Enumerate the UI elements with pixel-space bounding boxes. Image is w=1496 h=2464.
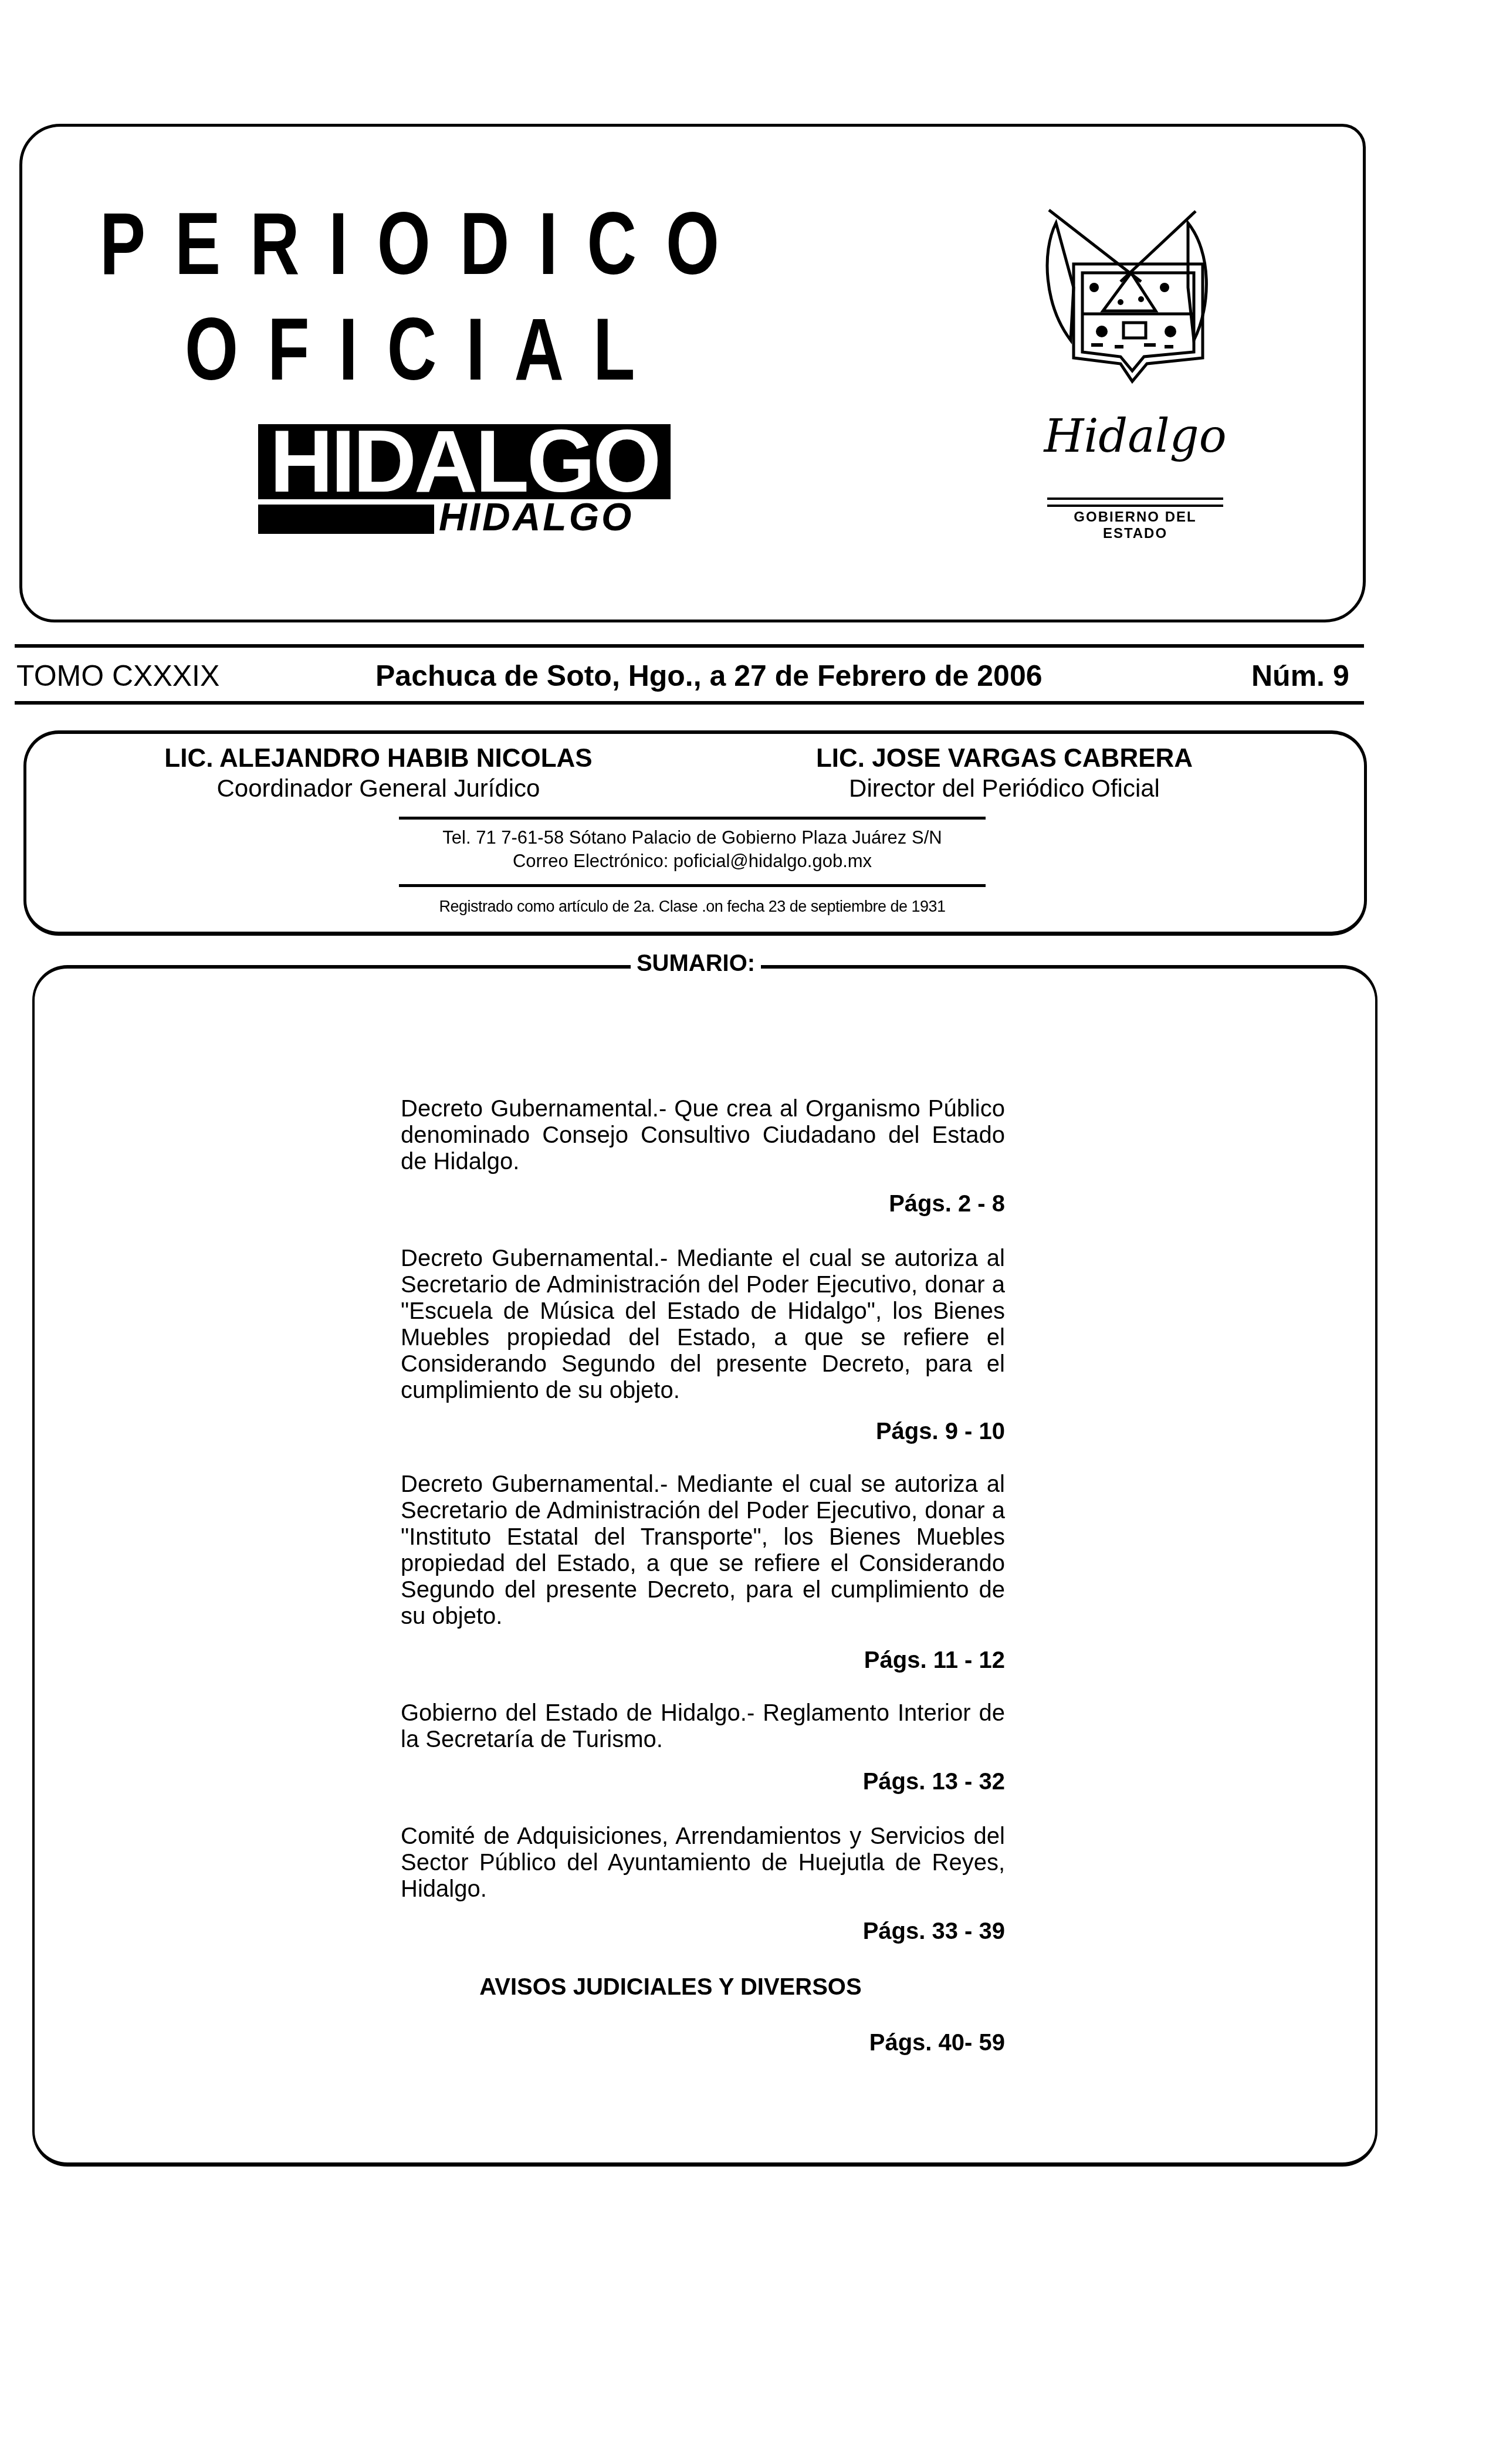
sumario-entry-pages: Págs. 13 - 32 bbox=[401, 1769, 1005, 1795]
sumario-heading: SUMARIO: bbox=[631, 950, 761, 977]
dateline-rule-top bbox=[15, 644, 1364, 648]
avisos-heading: AVISOS JUDICIALES Y DIVERSOS bbox=[401, 1974, 1005, 2001]
sumario-entry-text: Comité de Adquisiciones, Arrendamientos … bbox=[401, 1823, 1005, 1903]
divider bbox=[399, 884, 986, 887]
sumario-entry-text: Decreto Gubernamental.- Que crea al Orga… bbox=[401, 1096, 1005, 1175]
place-date: Pachuca de Soto, Hgo., a 27 de Febrero d… bbox=[375, 659, 1043, 693]
hidalgo-wordmark-sub: HIDALGO bbox=[439, 497, 634, 536]
masthead-title-oficial: OFICIAL bbox=[185, 305, 664, 393]
director-name: LIC. ALEJANDRO HABIB NICOLAS bbox=[114, 744, 642, 773]
contact-phone-address: Tel. 71 7-61-58 Sótano Palacio de Gobier… bbox=[399, 827, 986, 848]
coat-of-arms-icon bbox=[1038, 205, 1232, 417]
tomo-number: TOMO CXXXIX bbox=[16, 659, 219, 693]
hidalgo-script-logo: Hidalgo bbox=[1038, 414, 1232, 459]
hidalgo-wordmark: HIDALGO bbox=[258, 422, 671, 500]
director-role: Coordinador General Jurídico bbox=[114, 774, 642, 803]
government-label: GOBIERNO DEL ESTADO bbox=[1047, 509, 1223, 542]
divider bbox=[1047, 505, 1223, 507]
sumario-entry-pages: Págs. 11 - 12 bbox=[401, 1647, 1005, 1674]
sumario-entry-text: Decreto Gubernamental.- Mediante el cual… bbox=[401, 1471, 1005, 1630]
director-name: LIC. JOSE VARGAS CABRERA bbox=[740, 744, 1268, 773]
dateline-rule-bottom bbox=[15, 701, 1364, 705]
sumario-entry-pages: Págs. 9 - 10 bbox=[401, 1419, 1005, 1445]
sumario-entry-pages: Págs. 33 - 39 bbox=[401, 1918, 1005, 1945]
sumario-entry-pages: Págs. 2 - 8 bbox=[401, 1191, 1005, 1217]
director-role: Director del Periódico Oficial bbox=[740, 774, 1268, 803]
contact-email: Correo Electrónico: poficial@hidalgo.gob… bbox=[399, 851, 986, 872]
masthead-title-periodico: PERIODICO bbox=[100, 199, 749, 287]
sumario-entry-text: Gobierno del Estado de Hidalgo.- Reglame… bbox=[401, 1700, 1005, 1753]
wordmark-bar bbox=[258, 505, 434, 534]
avisos-pages: Págs. 40- 59 bbox=[401, 2030, 1005, 2056]
issue-number: Núm. 9 bbox=[1251, 659, 1349, 693]
divider bbox=[1047, 497, 1223, 500]
registration-note: Registrado como artículo de 2a. Clase .o… bbox=[399, 898, 986, 916]
divider bbox=[399, 817, 986, 820]
sumario-entry-text: Decreto Gubernamental.- Mediante el cual… bbox=[401, 1245, 1005, 1404]
